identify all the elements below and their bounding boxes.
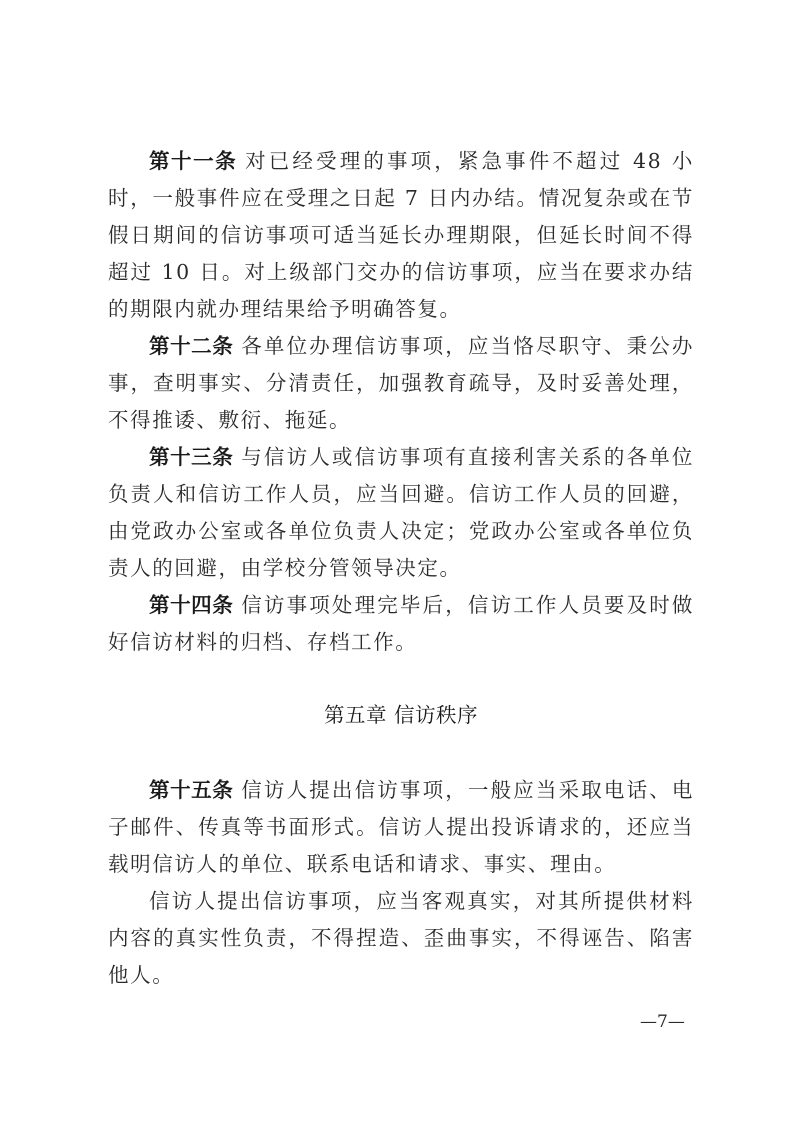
article-label: 第十五条	[149, 778, 233, 802]
article-13: 第十三条与信访人或信访事项有直接利害关系的各单位负责人和信访工作人员，应当回避。…	[108, 439, 694, 587]
article-label: 第十四条	[149, 593, 233, 617]
article-label: 第十二条	[149, 334, 233, 358]
article-15-continuation: 信访人提出信访事项，应当客观真实，对其所提供材料内容的真实性负责，不得捏造、歪曲…	[108, 883, 694, 994]
article-text: 信访人提出信访事项，应当客观真实，对其所提供材料内容的真实性负责，不得捏造、歪曲…	[108, 889, 694, 987]
article-14: 第十四条信访事项处理完毕后，信访工作人员要及时做好信访材料的归档、存档工作。	[108, 587, 694, 661]
article-12: 第十二条各单位办理信访事项，应当恪尽职守、秉公办事，查明事实、分清责任，加强教育…	[108, 328, 694, 439]
article-label: 第十一条	[149, 149, 237, 173]
article-15: 第十五条信访人提出信访事项，一般应当采取电话、电子邮件、传真等书面形式。信访人提…	[108, 772, 694, 883]
document-page: 第十一条对已经受理的事项，紧急事件不超过 48 小时，一般事件应在受理之日起 7…	[108, 143, 694, 994]
article-label: 第十三条	[149, 445, 233, 469]
article-text: 对已经受理的事项，紧急事件不超过 48 小时，一般事件应在受理之日起 7 日内办…	[108, 149, 694, 321]
chapter-heading: 第五章 信访秩序	[108, 697, 694, 734]
article-11: 第十一条对已经受理的事项，紧急事件不超过 48 小时，一般事件应在受理之日起 7…	[108, 143, 694, 328]
page-number: —7—	[640, 1012, 685, 1032]
